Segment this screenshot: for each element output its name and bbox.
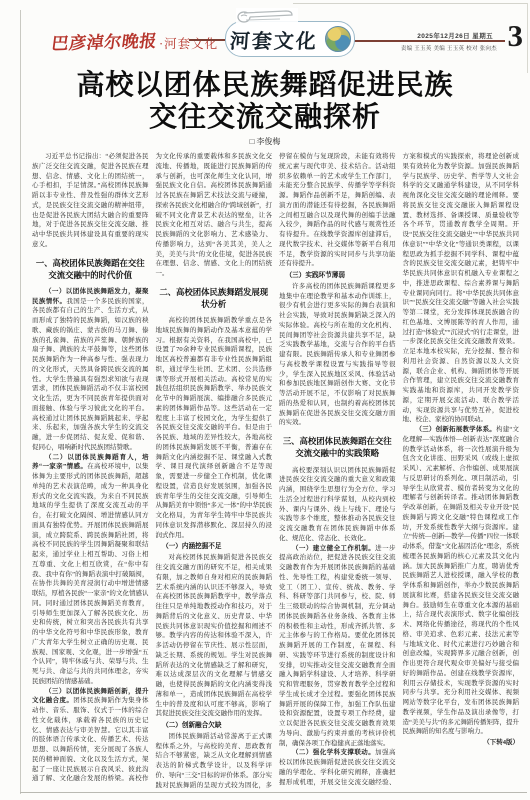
page-edge-line-right xyxy=(527,3,528,73)
paragraph-lead: （一）建立健全工作机制。 xyxy=(292,545,375,552)
editor-credits: 责编 王玉英 美编 王玉英 校对 张向杰 xyxy=(401,44,497,52)
scroll-icon xyxy=(236,8,298,30)
article-paragraph: （三）创新拓展教学体系。构建“文化理解—实践体悟—创新表达”深度融合的教学活动体… xyxy=(403,425,520,737)
headline-line-1: 高校以团体民族舞蹈促进民族 xyxy=(0,70,530,102)
article-paragraph: （一）建立健全工作机制。进一步提高政治站位，把促进各民族交往交流交融教育作为开展… xyxy=(279,544,396,749)
section-name: ·河套文化 xyxy=(159,34,218,52)
article-paragraph: 高校的团体民族舞蹈教学重点是各地域民族舞的舞蹈动作及基本意蕴的学习。根据有关资料… xyxy=(156,316,273,540)
section-heading: 二、高校团体民族舞蹈发展现状分析 xyxy=(157,287,272,311)
article-paragraph: 高校要深刻认识以团体民族舞蹈促进民族交往交流交融的重大意义和政策内涵，围绕学生思… xyxy=(279,466,396,544)
header-rule-right xyxy=(354,40,505,42)
continuation-note: （下转4版） xyxy=(403,738,520,748)
paragraph-lead: （三）创新拓展教学体系。 xyxy=(416,426,497,433)
article-paragraph: 习近平总书记指出：“必须促进各民族广泛交往交流交融，促进各民族在理想、信念、情感… xyxy=(32,152,149,250)
article-paragraph: （二）以团体民族舞蹈育人，培养“一家亲”情感。在高校环境中，以集体舞为主要形式的… xyxy=(32,453,149,687)
paragraph-lead: （一）以团体民族舞蹈发力，凝聚民族情怀。 xyxy=(32,288,149,305)
article-paragraph: 对高校团体民族舞蹈促进各民族交往交流交融方面的研究不足，相关成果有限，加之教师自… xyxy=(156,553,273,719)
paper-name: 巴彦淖尔晚报 xyxy=(50,27,159,55)
headline-line-2: 交往交流交融探析 xyxy=(0,102,530,134)
date-line: 2025年12月26日 星期五 xyxy=(417,31,493,40)
section-heading: 一、高校团体民族舞蹈在交往交流交融中的时代价值 xyxy=(33,258,148,282)
article-byline: □ 李俊梅 xyxy=(0,136,530,147)
page-number: 3 xyxy=(508,20,524,51)
paragraph-lead: （三）以团体民族舞蹈创新，提升文化融合度。 xyxy=(32,688,149,705)
article-paragraph: （一）以团体民族舞蹈发力，凝聚民族情怀。我国是一个多民族的国家，各民族都有自己的… xyxy=(32,287,149,453)
page-edge-line-top xyxy=(293,3,528,4)
paragraph-lead: （二）以团体民族舞蹈育人，培养“一家亲”情感。 xyxy=(32,454,149,471)
header-rule-left xyxy=(189,39,225,41)
section-heading: 三、高校团体民族舞蹈在交往交流交融中的实践策略 xyxy=(280,436,395,460)
article-body: 习近平总书记指出：“必须促进各民族广泛交往交流交融，促进各民族在理想、信念、情感… xyxy=(32,152,519,791)
sub-heading: （一）内涵挖掘不足 xyxy=(156,542,273,552)
sub-heading: （二）创新融合欠缺 xyxy=(156,721,273,731)
page-edge-line-bottom xyxy=(20,792,527,793)
paragraph-lead: （二）强化学科支撑联动。 xyxy=(292,749,375,756)
article-paragraph: 许多高校的团体民族舞蹈课程更多地集中在理论教学和基本动作训练上，很少有机会进行更… xyxy=(279,282,396,428)
section-logo-icon xyxy=(325,26,351,52)
sub-heading: （三）实践环节薄弱 xyxy=(279,271,396,281)
article-headline: 高校以团体民族舞蹈促进民族 交往交流交融探析 xyxy=(0,70,530,134)
